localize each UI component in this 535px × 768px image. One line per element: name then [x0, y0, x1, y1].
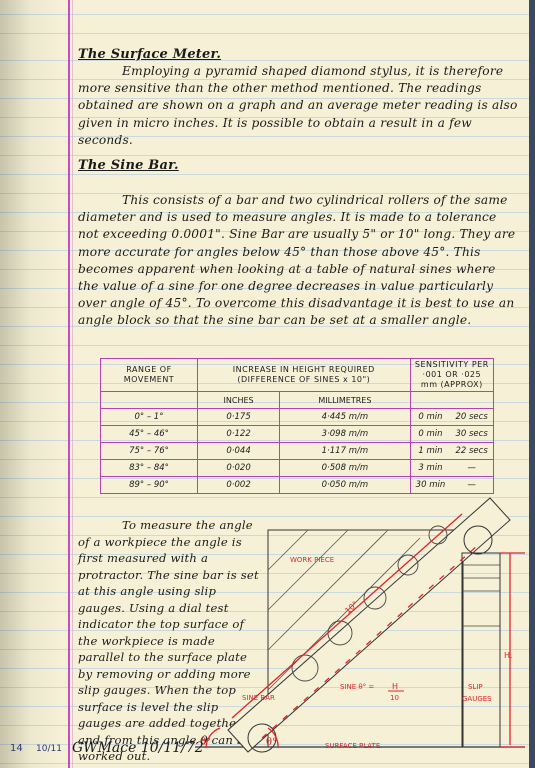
- cell-range: 45° – 46°: [101, 426, 198, 443]
- cell-inches: 0·175: [198, 409, 280, 426]
- label-gauges: GAUGES: [462, 695, 492, 703]
- label-work-piece: WORK PIECE: [290, 556, 334, 564]
- cell-range: 83° – 84°: [101, 460, 198, 477]
- cell-inches: 0·020: [198, 460, 280, 477]
- cell-mm: 4·445 m/m: [280, 409, 411, 426]
- signature: GWMace 10/11/72: [72, 740, 204, 756]
- cell-range: 75° – 76°: [101, 443, 198, 460]
- sine-bar-diagram: WORK PIECE SINE BAR SINE θ° = H 10 SLIP …: [170, 490, 535, 760]
- label-height: H.: [504, 651, 512, 660]
- table-row: 75° – 76°0·0441·117 m/m1 min22 secs: [101, 443, 494, 460]
- cell-sec: 22 secs: [450, 443, 493, 460]
- margin-line: [68, 0, 70, 768]
- margin-date: 10/11: [36, 744, 62, 754]
- header-range: RANGE OF MOVEMENT: [101, 359, 198, 392]
- cell-sec: 30 secs: [450, 426, 493, 443]
- cell-mm: 3·098 m/m: [280, 426, 411, 443]
- cell-min: 0 min: [410, 409, 450, 426]
- header-inches: INCHES: [198, 392, 280, 409]
- header-millimetres: MILLIMETRES: [280, 392, 411, 409]
- header-sensitivity: SENSITIVITY PER ·001 OR ·025 mm (APPROX): [410, 359, 493, 392]
- cell-min: 0 min: [410, 426, 450, 443]
- cell-sec: —: [450, 460, 493, 477]
- margin-line-shadow: [72, 0, 73, 768]
- cell-mm: 1·117 m/m: [280, 443, 411, 460]
- label-formula-den: 10: [390, 694, 399, 702]
- table-row: 0° – 1°0·1754·445 m/m0 min20 secs: [101, 409, 494, 426]
- header-increase: INCREASE IN HEIGHT REQUIRED (DIFFERENCE …: [198, 359, 411, 392]
- cell-inches: 0·044: [198, 443, 280, 460]
- cell-inches: 0·122: [198, 426, 280, 443]
- cell-sec: 20 secs: [450, 409, 493, 426]
- header-blank-2: [410, 392, 493, 409]
- section-title-sine-bar: The Sine Bar.: [78, 157, 179, 174]
- header-blank: [101, 392, 198, 409]
- label-theta-right: θ°: [266, 737, 277, 748]
- page-edge: [529, 0, 535, 768]
- cell-min: 3 min: [410, 460, 450, 477]
- label-formula-num: H: [392, 682, 398, 691]
- cell-range: 0° – 1°: [101, 409, 198, 426]
- label-ten-inch: 10": [343, 600, 359, 616]
- table-row: 83° – 84°0·0200·508 m/m3 min—: [101, 460, 494, 477]
- sensitivity-table: RANGE OF MOVEMENT INCREASE IN HEIGHT REQ…: [100, 358, 494, 494]
- label-sine-bar: SINE BAR: [242, 694, 275, 702]
- notebook-page: The Surface Meter. Employing a pyramid s…: [0, 0, 529, 768]
- sine-bar-paragraph: This consists of a bar and two cylindric…: [78, 192, 518, 330]
- section-title-surface-meter: The Surface Meter.: [78, 46, 221, 63]
- table-row: 45° – 46°0·1223·098 m/m0 min30 secs: [101, 426, 494, 443]
- cell-min: 1 min: [410, 443, 450, 460]
- cell-mm: 0·508 m/m: [280, 460, 411, 477]
- label-surface-plate: SURFACE PLATE.: [325, 742, 382, 750]
- page-number: 14: [10, 743, 23, 754]
- surface-meter-paragraph: Employing a pyramid shaped diamond stylu…: [78, 63, 518, 149]
- label-slip: SLIP: [468, 683, 483, 691]
- label-formula-left: SINE θ° =: [340, 683, 374, 691]
